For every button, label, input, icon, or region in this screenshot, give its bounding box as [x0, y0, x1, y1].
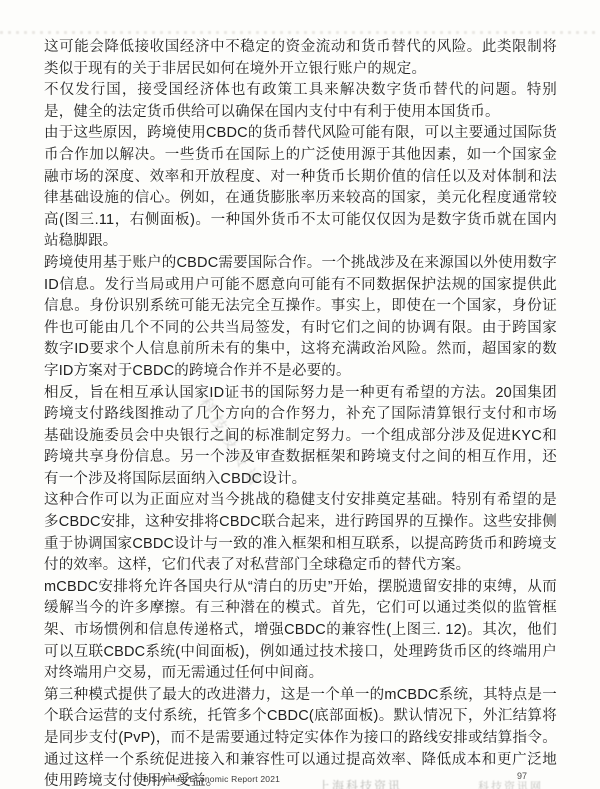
paragraph-substitution-risk: 由于这些原因，跨境使用CBDC的货币替代风险可能有限，可以主要通过国际货币合作加… [44, 123, 557, 253]
paragraph-third-model: 第三种模式提供了最大的改进潜力，这是一个单一的mCBDC系统，其特点是一个联合运… [44, 685, 557, 789]
paragraph-restrictions: 这可能会降低接收国经济中不稳定的资金流动和货币替代的风险。此类限制将类似于现有的… [44, 37, 557, 80]
page-number: 97 [517, 771, 527, 781]
paragraph-id-recognition: 相反，旨在相互承认国家ID证书的国际努力是一种更有希望的方法。20国集团跨境支付… [44, 383, 557, 491]
footer-watermark-center: 上海科技资讯 [318, 777, 402, 789]
report-title: BIS Annual Economic Report 2021 [143, 774, 280, 784]
document-page: 科技投资通 这可能会降低接收国经济中不稳定的资金流动和货币替代的风险。此类限制将… [0, 0, 600, 789]
paragraph-account-based-cbdc: 跨境使用基于账户的CBDC需要国际合作。一个挑战涉及在来源国以外使用数字ID信息… [44, 253, 557, 383]
scan-artifact-line [0, 31, 600, 34]
paragraph-receiving-economies: 不仅发行国，接受国经济体也有政策工具来解决数字货币替代的问题。特别是，健全的法定… [44, 80, 557, 123]
body-text: 这可能会降低接收国经济中不稳定的资金流动和货币替代的风险。此类限制将类似于现有的… [44, 37, 557, 789]
paragraph-mcbdc-models: mCBDC安排将允许各国央行从“清白的历史”开始，摆脱遗留安排的束缚，从而缓解当… [44, 577, 557, 685]
paragraph-multi-cbdc: 这种合作可以为正面应对当今挑战的稳健支付安排奠定基础。特别有希望的是多CBDC安… [44, 490, 557, 576]
footer-watermark-right: 科技资讯网 [478, 778, 543, 789]
